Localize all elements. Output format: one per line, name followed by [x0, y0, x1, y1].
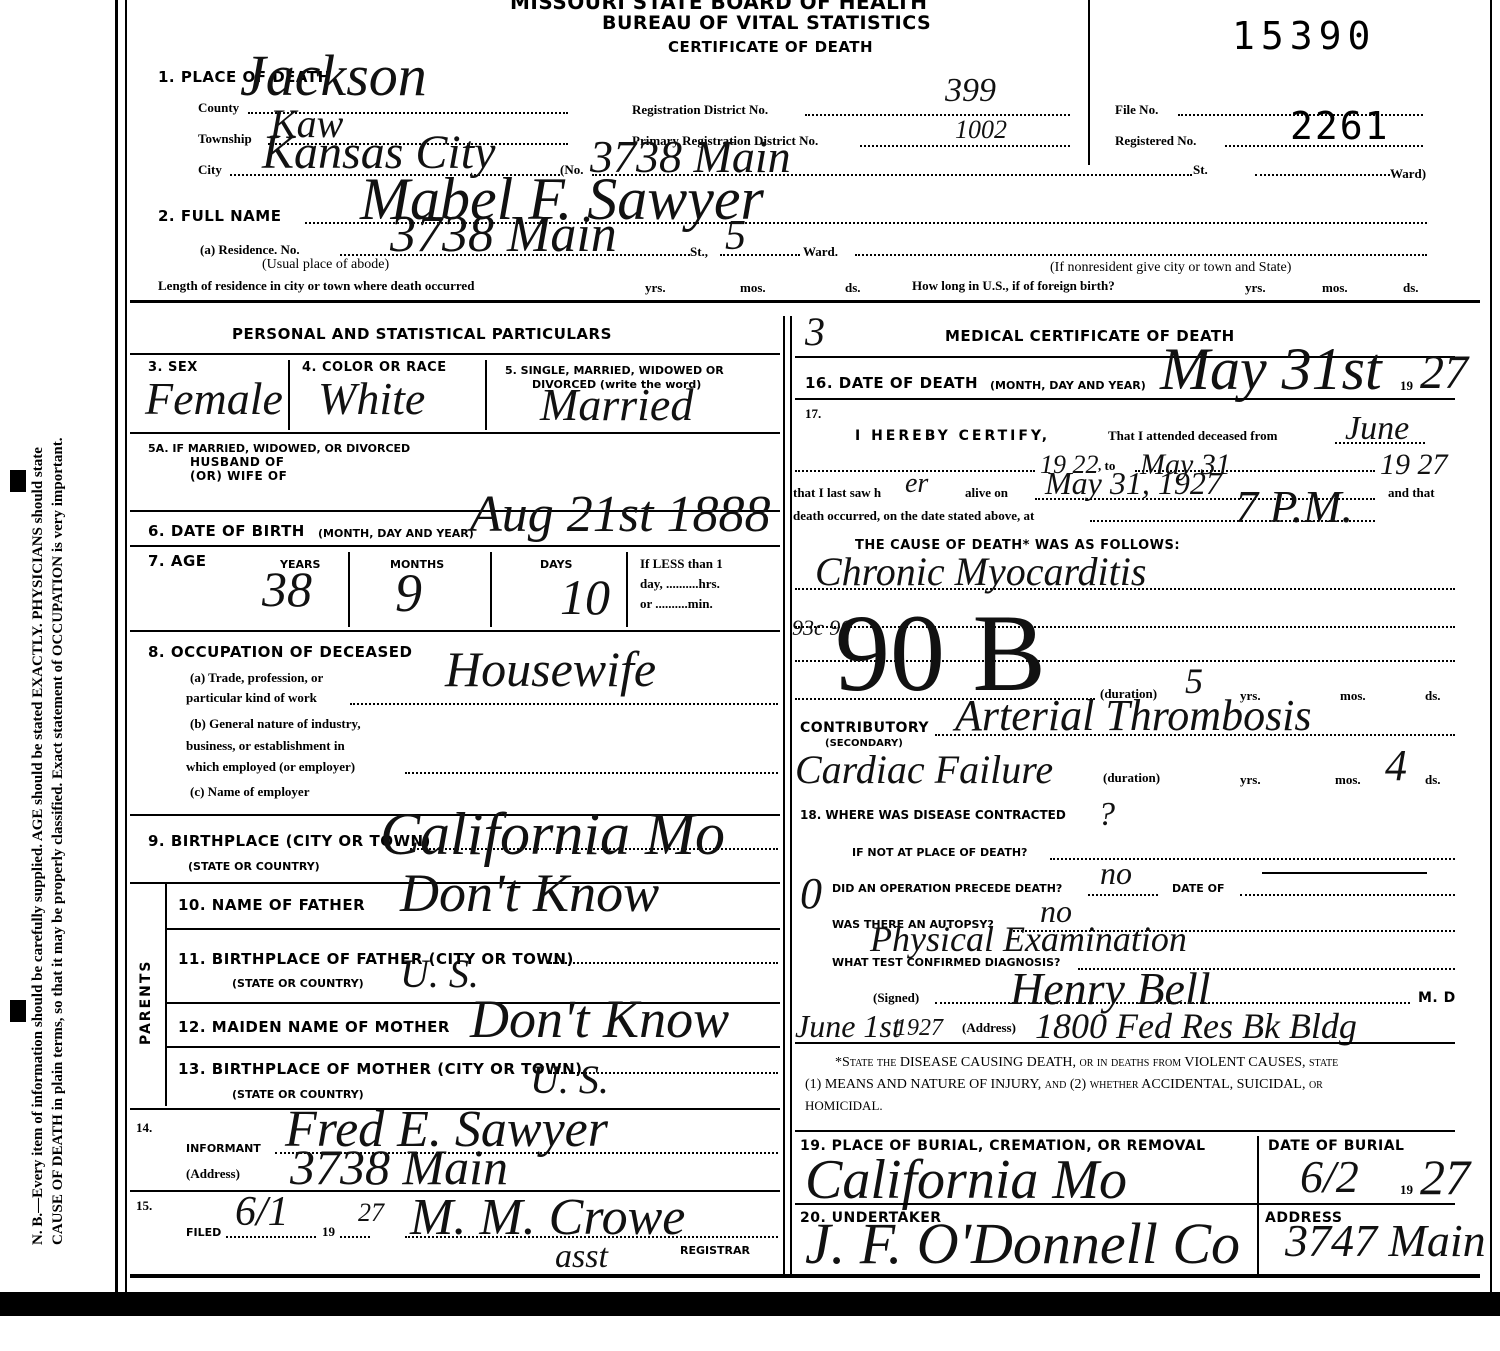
wife-of-label: (OR) WIFE OF — [190, 469, 287, 483]
age-divider — [626, 552, 628, 627]
operation-date-label: DATE OF — [1172, 882, 1225, 895]
operation-date-dash — [1262, 872, 1427, 874]
frame-right — [1490, 0, 1492, 1292]
duration-ds: ds. — [1425, 688, 1441, 704]
attended-from-value[interactable]: June — [1345, 410, 1409, 448]
filed-year-field[interactable] — [340, 1236, 370, 1238]
binding-mark — [10, 470, 26, 492]
certificate-title: CERTIFICATE OF DEATH — [668, 38, 873, 56]
race-divider — [485, 360, 487, 430]
filed-year-prefix: 19 — [322, 1224, 335, 1240]
burial-year-value[interactable]: 27 — [1420, 1148, 1470, 1206]
dod-sublabel: (MONTH, DAY AND YEAR) — [990, 379, 1146, 392]
stamp-number: 15390 — [1232, 14, 1376, 58]
foreign-ds: ds. — [1403, 280, 1419, 296]
footnote-1: *State the DISEASE CAUSING DEATH, or in … — [835, 1055, 1338, 1071]
alive-on-value[interactable]: May 31, 1927 — [1045, 465, 1222, 502]
header-divider — [1088, 0, 1090, 165]
frame-left-inner — [125, 0, 127, 1292]
city-label: City — [198, 162, 222, 178]
st-label: St. — [1193, 162, 1208, 178]
rule — [795, 1042, 1455, 1044]
dob-label: 6. DATE OF BIRTH — [148, 522, 305, 540]
registered-number-value[interactable]: 2261 — [1290, 104, 1390, 148]
registration-district-value[interactable]: 399 — [945, 72, 996, 110]
dod-year-prefix: 19 — [1400, 378, 1413, 394]
father-name-value[interactable]: Don't Know — [400, 862, 659, 924]
race-value[interactable]: White — [318, 372, 425, 425]
last-saw-pronoun[interactable]: er — [905, 468, 928, 500]
father-name-label: 10. NAME OF FATHER — [178, 896, 365, 914]
parents-divider — [165, 884, 167, 1106]
operation-date-field[interactable] — [1240, 894, 1455, 896]
parents-label: PARENTS — [138, 959, 154, 1045]
occupation-c: (c) Name of employer — [190, 784, 309, 800]
months-value[interactable]: 9 — [395, 562, 422, 624]
secondary-yrs: yrs. — [1240, 772, 1261, 788]
and-that-label: and that — [1388, 485, 1435, 501]
length-ds: ds. — [845, 280, 861, 296]
informant-address-label: (Address) — [186, 1166, 240, 1182]
personal-heading: PERSONAL AND STATISTICAL PARTICULARS — [232, 325, 612, 343]
secondary-mos: mos. — [1335, 772, 1361, 788]
instruction-note-line2: CAUSE OF DEATH in plain terms, so that i… — [50, 438, 67, 1245]
age-divider — [490, 552, 492, 627]
rule — [130, 545, 780, 547]
contributory-value[interactable]: Arterial Thrombosis — [955, 690, 1312, 741]
foreign-yrs: yrs. — [1245, 280, 1266, 296]
item-17: 17. — [805, 406, 821, 422]
birthplace-value[interactable]: California Mo — [380, 800, 725, 869]
rule — [130, 432, 780, 434]
occupation-b2: business, or establishment in — [186, 738, 345, 754]
mother-name-label: 12. MAIDEN NAME OF MOTHER — [178, 1018, 450, 1036]
operation-value[interactable]: no — [1100, 855, 1132, 892]
file-number-label: File No. — [1115, 102, 1158, 118]
primary-district-field[interactable] — [860, 145, 1070, 147]
duration-mos: mos. — [1340, 688, 1366, 704]
residence-ward-label: Ward. — [803, 244, 838, 260]
primary-district-value[interactable]: 1002 — [955, 115, 1007, 145]
rule — [795, 1130, 1455, 1132]
operation-mark: 0 — [800, 868, 822, 919]
father-birthplace-sublabel: (STATE OR COUNTRY) — [232, 977, 364, 990]
father-birthplace-value[interactable]: U. S. — [400, 950, 479, 997]
footnote-3: HOMICIDAL. — [805, 1098, 883, 1114]
county-label: County — [198, 100, 239, 116]
mother-birthplace-value[interactable]: U. S. — [530, 1056, 609, 1103]
length-mos: mos. — [740, 280, 766, 296]
sex-divider — [288, 360, 290, 430]
occupation-value[interactable]: Housewife — [445, 640, 656, 698]
nonresident-field[interactable] — [855, 254, 1427, 256]
less-hrs-label: day, ..........hrs. — [640, 576, 720, 592]
residence-value[interactable]: 3738 Main — [390, 205, 617, 264]
days-value[interactable]: 10 — [560, 568, 610, 626]
physician-address-value[interactable]: 1800 Fed Res Bk Bldg — [1035, 1005, 1357, 1047]
secondary-value[interactable]: Cardiac Failure — [795, 746, 1053, 793]
last-saw-label: that I last saw h — [793, 485, 881, 501]
occupation-b1: (b) General nature of industry, — [190, 716, 361, 732]
foreign-birth-label: How long in U.S., if of foreign birth? — [912, 278, 1115, 294]
full-name-label: 2. FULL NAME — [158, 207, 281, 225]
age-divider — [348, 552, 350, 627]
residence-label: (a) Residence. No. — [200, 242, 300, 258]
not-at-place-label: IF NOT AT PLACE OF DEATH? — [852, 846, 1027, 859]
occupation-b3: which employed (or employer) — [186, 759, 355, 775]
filed-date-field[interactable] — [226, 1236, 316, 1238]
industry-field[interactable] — [405, 772, 778, 774]
occurred-label: death occurred, on the date stated above… — [793, 508, 1034, 524]
md-label: M. D — [1418, 990, 1456, 1006]
contracted-label: 18. WHERE WAS DISEASE CONTRACTED — [800, 808, 1066, 822]
father-birthplace-field[interactable] — [550, 962, 778, 964]
registrar-label: REGISTRAR — [680, 1244, 750, 1257]
column-divider — [783, 316, 785, 1276]
sex-value[interactable]: Female — [145, 372, 283, 425]
father-birthplace-label: 11. BIRTHPLACE OF FATHER (CITY OR TOWN) — [178, 950, 574, 968]
dod-year-value[interactable]: 27 — [1420, 345, 1468, 400]
dod-label: 16. DATE OF DEATH — [805, 374, 978, 392]
signed-label: (Signed) — [873, 990, 919, 1006]
secondary-days-value[interactable]: 4 — [1385, 740, 1407, 791]
foreign-mos: mos. — [1322, 280, 1348, 296]
dob-sublabel: (MONTH, DAY AND YEAR) — [318, 527, 474, 540]
rule — [167, 928, 780, 930]
occupation-a1: (a) Trade, profession, or — [190, 670, 323, 686]
abode-label: (Usual place of abode) — [262, 257, 389, 273]
attended-to-year[interactable]: 19 27 — [1380, 448, 1448, 482]
informant-number: 14. — [136, 1120, 152, 1136]
nonresident-label: (If nonresident give city or town and St… — [1050, 260, 1291, 276]
spouse-label: 5A. IF MARRIED, WIDOWED, OR DIVORCED — [148, 442, 410, 455]
mother-name-value[interactable]: Don't Know — [470, 988, 729, 1050]
certify-text: That I attended deceased from — [1108, 428, 1277, 444]
occupation-label: 8. OCCUPATION OF DECEASED — [148, 643, 413, 661]
occurred-value[interactable]: 7 P.M. — [1235, 480, 1353, 533]
marital-value[interactable]: Married — [540, 378, 693, 431]
dob-value[interactable]: Aug 21st 1888 — [470, 485, 770, 544]
burial-year-prefix: 19 — [1400, 1182, 1413, 1198]
burial-date-value[interactable]: 6/2 — [1300, 1150, 1359, 1203]
rule — [795, 398, 1455, 400]
operation-field[interactable] — [1088, 894, 1158, 896]
filed-label: FILED — [186, 1226, 221, 1239]
physician-address-label: (Address) — [962, 1020, 1016, 1036]
ward-field[interactable] — [1255, 174, 1390, 176]
residence-st-label: St., — [690, 244, 708, 260]
footnote-2: (1) MEANS AND NATURE OF INJURY, and (2) … — [805, 1077, 1323, 1093]
registrar-value[interactable]: M. M. Crowe — [410, 1188, 685, 1247]
occupation-field[interactable] — [350, 703, 778, 705]
bureau-title: BUREAU OF VITAL STATISTICS — [602, 12, 931, 34]
rule — [130, 630, 780, 632]
rule — [130, 353, 780, 355]
county-value[interactable]: Jackson — [240, 42, 427, 109]
husband-of-label: HUSBAND OF — [190, 455, 284, 469]
occupation-a2: particular kind of work — [186, 690, 317, 706]
ward-label: Ward) — [1390, 166, 1426, 182]
alive-on-label: alive on — [965, 485, 1008, 501]
burial-divider — [1257, 1136, 1259, 1274]
mother-birthplace-label: 13. BIRTHPLACE OF MOTHER (CITY OR TOWN) — [178, 1060, 583, 1078]
undertaker-address-value[interactable]: 3747 Main — [1285, 1214, 1486, 1267]
bottom-band — [0, 1292, 1500, 1316]
undertaker-value[interactable]: J. F. O'Donnell Co — [805, 1210, 1240, 1277]
length-yrs: yrs. — [645, 280, 666, 296]
age-label: 7. AGE — [148, 552, 207, 570]
township-label: Township — [198, 131, 252, 147]
filed-number: 15. — [136, 1198, 152, 1214]
rule — [795, 1203, 1455, 1205]
section-divider — [130, 300, 1480, 303]
signed-year-value[interactable]: 1927 — [895, 1015, 943, 1042]
less-min-label: or ..........min. — [640, 596, 713, 612]
operation-label: DID AN OPERATION PRECEDE DEATH? — [832, 882, 1062, 895]
filed-year-value[interactable]: 27 — [358, 1198, 384, 1228]
contracted-value[interactable]: ? — [1098, 796, 1115, 834]
test-value[interactable]: Physical Examination — [870, 918, 1187, 960]
signed-date-value[interactable]: June 1st — [795, 1008, 901, 1045]
secondary-ds: ds. — [1425, 772, 1441, 788]
secondary-duration-label: (duration) — [1103, 770, 1160, 786]
birthplace-sublabel: (STATE OR COUNTRY) — [188, 860, 320, 873]
filed-date-value[interactable]: 6/1 — [235, 1188, 289, 1236]
marital-label: 5. SINGLE, MARRIED, WIDOWED OR — [505, 364, 724, 377]
length-residence-label: Length of residence in city or town wher… — [158, 278, 474, 294]
instruction-note-line1: N. B.—Every item of information should b… — [30, 447, 47, 1245]
registered-number-label: Registered No. — [1115, 133, 1196, 149]
residence-ward-value[interactable]: 5 — [725, 212, 746, 260]
less-than-label: If LESS than 1 — [640, 556, 723, 572]
binding-mark — [10, 1000, 26, 1022]
registration-district-field[interactable] — [805, 114, 1070, 116]
frame-left-outer — [115, 0, 118, 1292]
dod-value[interactable]: May 31st — [1160, 335, 1382, 404]
corner-mark: 3 — [805, 308, 825, 355]
registration-district-label: Registration District No. — [632, 102, 768, 118]
registrar-asst[interactable]: asst — [555, 1238, 608, 1276]
years-value[interactable]: 38 — [262, 560, 312, 618]
column-divider-inner — [790, 316, 792, 1276]
certify-label: I HEREBY CERTIFY, — [855, 428, 1050, 444]
contributory-label: CONTRIBUTORY — [800, 720, 929, 736]
rule — [167, 1046, 780, 1048]
informant-label: INFORMANT — [186, 1142, 261, 1155]
